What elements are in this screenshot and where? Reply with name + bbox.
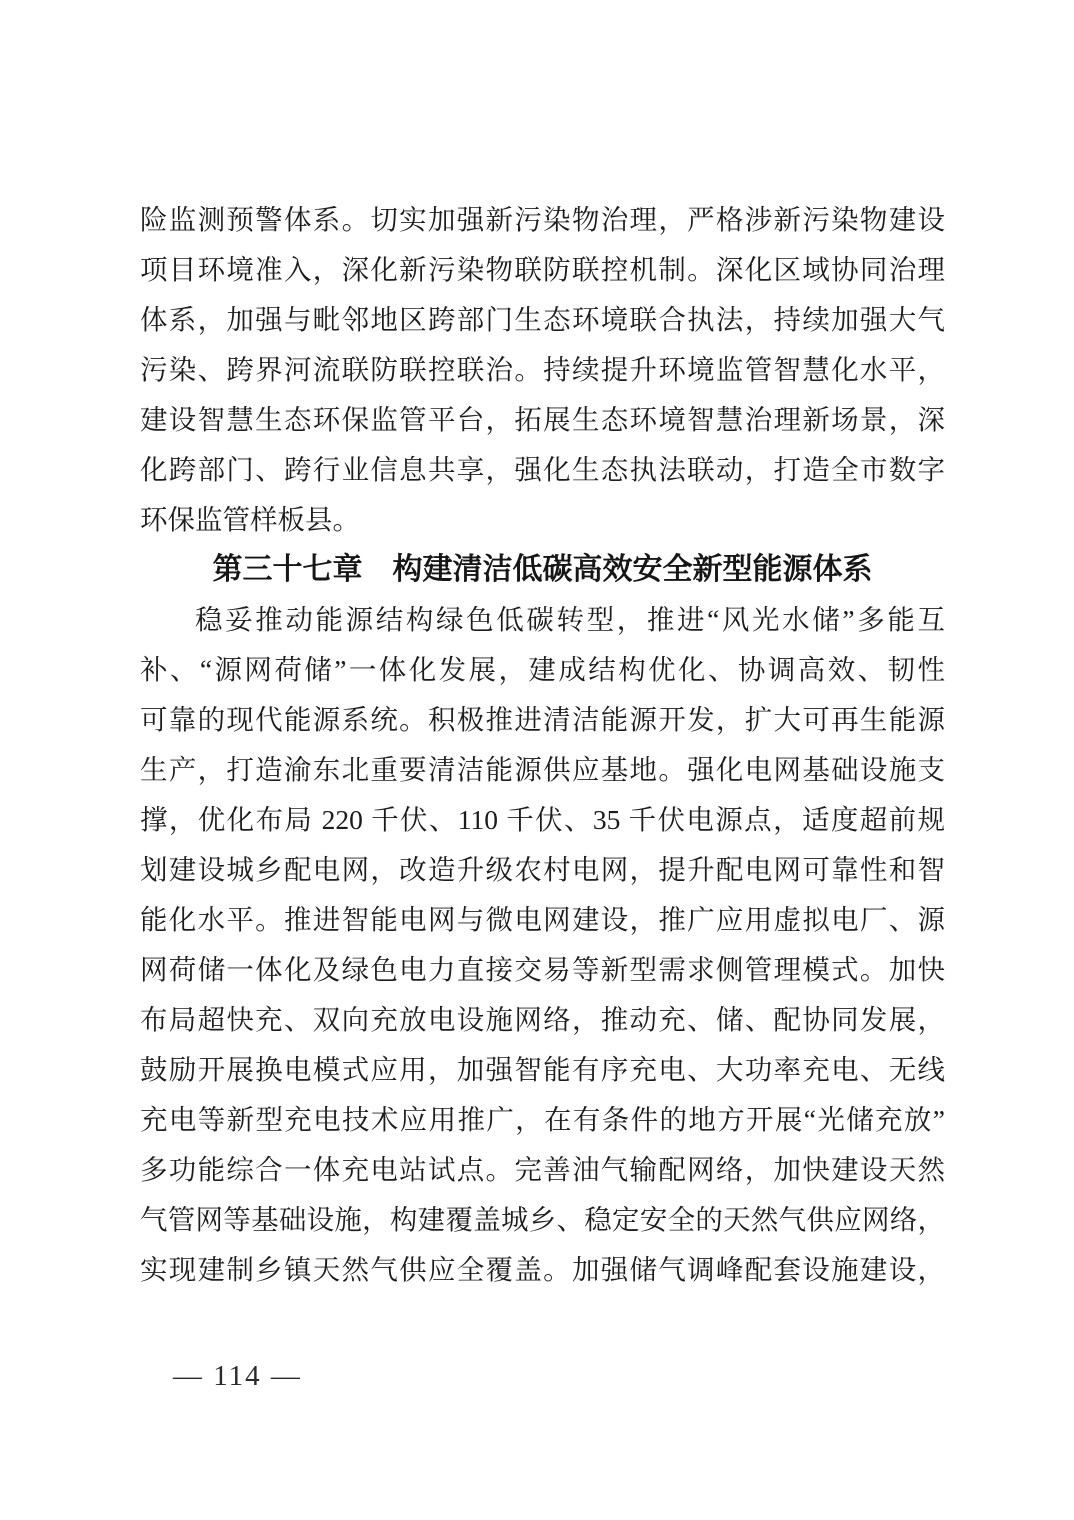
text-line: 可靠的现代能源系统。积极推进清洁能源开发，扩大可再生能源 xyxy=(140,695,945,745)
text-line: 网荷储一体化及绿色电力直接交易等新型需求侧管理模式。加快 xyxy=(140,945,945,995)
paragraph-energy-system: 稳妥推动能源结构绿色低碳转型，推进“风光水储”多能互 补、“源网荷储”一体化发展… xyxy=(140,595,945,1295)
text-line: 多功能综合一体充电站试点。完善油气输配网络，加快建设天然 xyxy=(140,1145,945,1195)
text-line: 鼓励开展换电模式应用，加强智能有序充电、大功率充电、无线 xyxy=(140,1045,945,1095)
text-line: 实现建制乡镇天然气供应全覆盖。加强储气调峰配套设施建设， xyxy=(140,1245,945,1295)
text-line: 能化水平。推进智能电网与微电网建设，推广应用虚拟电厂、源 xyxy=(140,895,945,945)
text-line: 生产，打造渝东北重要清洁能源供应基地。强化电网基础设施支 xyxy=(140,745,945,795)
text-line: 项目环境准入，深化新污染物联防联控机制。深化区域协同治理 xyxy=(140,245,945,295)
text-line: 划建设城乡配电网，改造升级农村电网，提升配电网可靠性和智 xyxy=(140,845,945,895)
text-line: 险监测预警体系。切实加强新污染物治理，严格涉新污染物建设 xyxy=(140,195,945,245)
text-line: 建设智慧生态环保监管平台，拓展生态环境智慧治理新场景，深 xyxy=(140,395,945,445)
document-page: 险监测预警体系。切实加强新污染物治理，严格涉新污染物建设 项目环境准入，深化新污… xyxy=(0,0,1074,1520)
chapter-heading: 第三十七章 构建清洁低碳高效安全新型能源体系 xyxy=(140,545,945,595)
page-number: — 114 — xyxy=(173,1358,302,1394)
text-line: 化跨部门、跨行业信息共享，强化生态执法联动，打造全市数字 xyxy=(140,445,945,495)
text-line: 充电等新型充电技术应用推广，在有条件的地方开展“光储充放” xyxy=(140,1095,945,1145)
text-line: 环保监管样板县。 xyxy=(140,495,945,545)
text-line: 稳妥推动能源结构绿色低碳转型，推进“风光水储”多能互 xyxy=(140,595,945,645)
text-line: 体系，加强与毗邻地区跨部门生态环境联合执法，持续加强大气 xyxy=(140,295,945,345)
text-line: 污染、跨界河流联防联控联治。持续提升环境监管智慧化水平， xyxy=(140,345,945,395)
paragraph-environment-regulation: 险监测预警体系。切实加强新污染物治理，严格涉新污染物建设 项目环境准入，深化新污… xyxy=(140,195,945,545)
text-line: 撑，优化布局 220 千伏、110 千伏、35 千伏电源点，适度超前规 xyxy=(140,795,945,845)
text-column: 险监测预警体系。切实加强新污染物治理，严格涉新污染物建设 项目环境准入，深化新污… xyxy=(140,195,945,1295)
text-line: 布局超快充、双向充放电设施网络，推动充、储、配协同发展， xyxy=(140,995,945,1045)
text-line: 气管网等基础设施，构建覆盖城乡、稳定安全的天然气供应网络， xyxy=(140,1195,945,1245)
text-line: 补、“源网荷储”一体化发展，建成结构优化、协调高效、韧性 xyxy=(140,645,945,695)
